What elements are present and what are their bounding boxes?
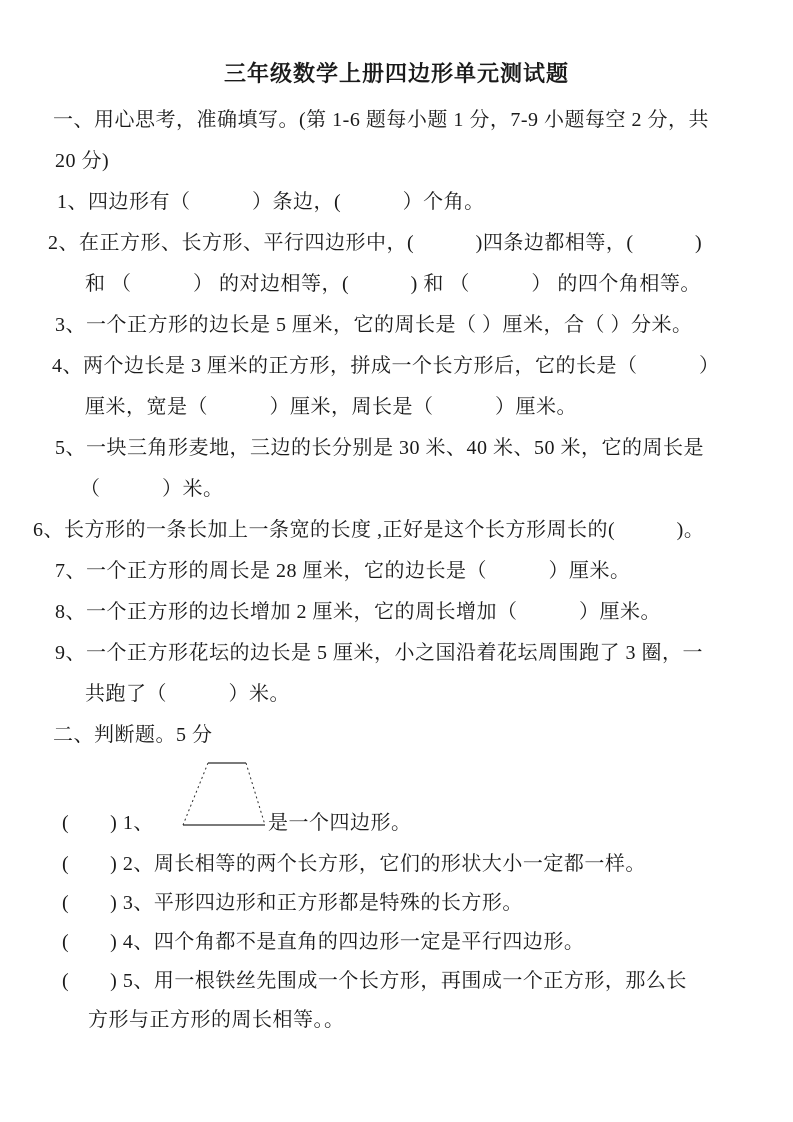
judge-2: ( ) 2、周长相等的两个长方形，它们的形状大小一定都一样。 <box>62 850 646 878</box>
question-9-line1: 9、一个正方形花坛的边长是 5 厘米，小之国沿着花坛周围跑了 3 圈，一 <box>55 639 703 667</box>
judge-3: ( ) 3、平形四边形和正方形都是特殊的长方形。 <box>62 889 523 917</box>
judge-5-line2: 方形与正方形的周长相等。。 <box>88 1006 345 1034</box>
question-2-line2: 和 （ ） 的对边相等，( ) 和 （ ） 的四个角相等。 <box>85 270 701 298</box>
trapezoid-figure <box>180 758 270 828</box>
trapezoid-icon <box>180 758 270 828</box>
question-5-line1: 5、一块三角形麦地，三边的长分别是 30 米、40 米、50 米，它的周长是 <box>55 434 704 462</box>
question-4-line2: 厘米，宽是（ ）厘米，周长是（ ）厘米。 <box>85 393 577 421</box>
question-6: 6、长方形的一条长加上一条宽的长度 ,正好是这个长方形周长的( )。 <box>33 516 704 544</box>
test-paper-page: 三年级数学上册四边形单元测试题 一、用心思考，准确填写。(第 1-6 题每小题 … <box>0 0 793 1122</box>
question-7: 7、一个正方形的周长是 28 厘米，它的边长是（ ）厘米。 <box>55 557 631 585</box>
judge-5-line1: ( ) 5、用一根铁丝先围成一个长方形，再围成一个正方形，那么长 <box>62 967 687 995</box>
question-2-line1: 2、在正方形、长方形、平行四边形中，( )四条边都相等，( ) <box>48 229 702 257</box>
section1-heading-line2: 20 分) <box>55 147 109 175</box>
judge-1-suffix: 是一个四边形。 <box>268 809 412 837</box>
judge-4: ( ) 4、四个角都不是直角的四边形一定是平行四边形。 <box>62 928 584 956</box>
section1-heading-line1: 一、用心思考，准确填写。(第 1-6 题每小题 1 分，7-9 小题每空 2 分… <box>53 106 709 134</box>
judge-1-prefix: ( ) 1、 <box>62 809 154 837</box>
question-9-line2: 共跑了（ ）米。 <box>85 680 290 708</box>
section2-heading: 二、判断题。5 分 <box>53 721 213 749</box>
question-8: 8、一个正方形的边长增加 2 厘米，它的周长增加（ ）厘米。 <box>55 598 661 626</box>
question-1: 1、四边形有（ ）条边，( ）个角。 <box>57 188 485 216</box>
page-title: 三年级数学上册四边形单元测试题 <box>0 57 793 88</box>
question-3: 3、一个正方形的边长是 5 厘米，它的周长是（ ）厘米，合（ ）分米。 <box>55 311 693 339</box>
question-4-line1: 4、两个边长是 3 厘米的正方形，拼成一个长方形后，它的长是（ ） <box>52 352 720 380</box>
question-5-line2: （ ）米。 <box>80 475 224 503</box>
